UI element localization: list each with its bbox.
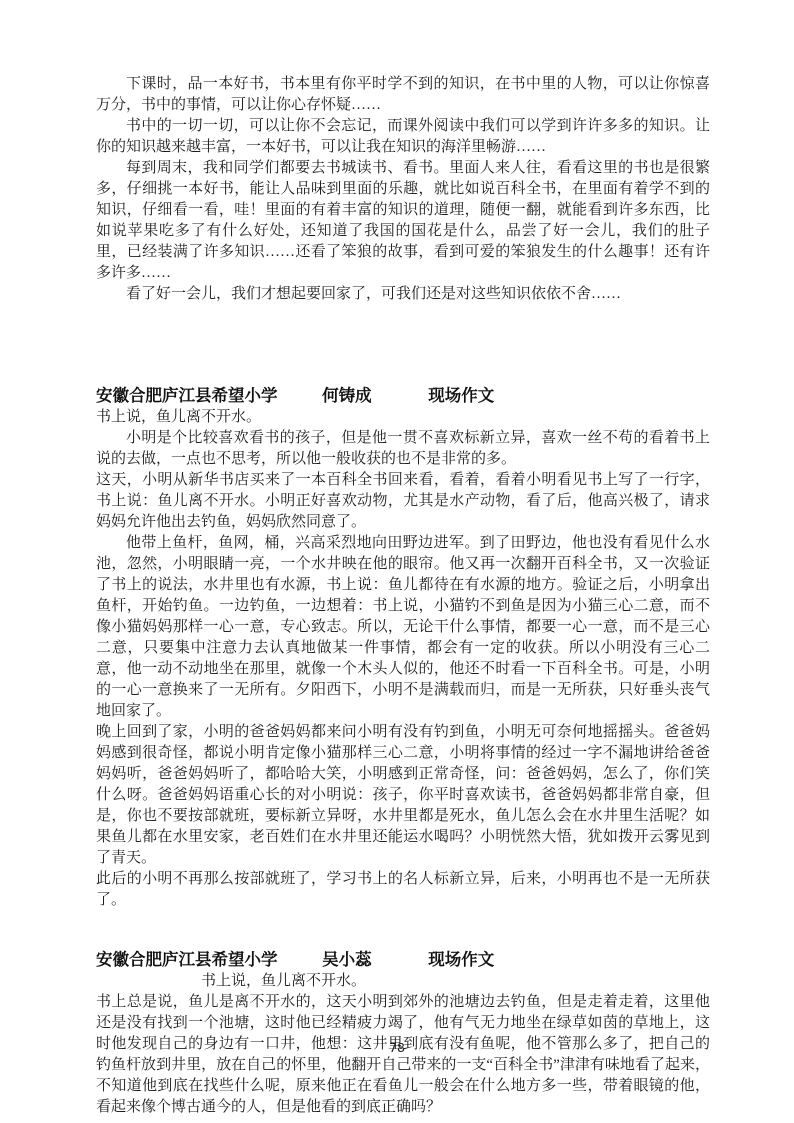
intro-section: 下课时，品一本好书，书本里有你平时学不到的知识，在书中里的人物，可以让你惊喜万分… [96,74,710,305]
page-footer: 78 [0,1040,794,1055]
essay-section-2: 安徽合肥庐江县希望小学 吴小蕊 现场作文 书上说，鱼儿离不开水。 书上总是说，鱼… [96,949,710,1118]
intro-paragraph: 书中的一切一切，可以让你不会忘记，而课外阅读中我们可以学到许许多多的知识。让你的… [96,116,710,158]
essay-paragraph: 此后的小明不再那么按部就班了，学习书上的名人标新立异，后来，小明再也不是一无所获… [96,869,710,911]
intro-paragraph: 看了好一会儿，我们才想起要回家了，可我们还是对这些知识依依不舍…… [96,284,710,305]
essay-paragraph: 书上说，鱼儿离不开水。 [96,971,710,992]
essay-paragraph: 书上说，鱼儿离不开水。 [96,407,710,428]
essay-paragraph: 他带上鱼杆，鱼网，桶，兴高采烈地向田野边进军。到了田野边，他也没有看见什么水池，… [96,533,710,722]
essay-paragraph: 晚上回到了家，小明的爸爸妈妈都来问小明有没有钓到鱼，小明无可奈何地摇摇头。爸爸妈… [96,722,710,869]
document-page: 下课时，品一本好书，书本里有你平时学不到的知识，在书中里的人物，可以让你惊喜万分… [0,0,794,1123]
essay-paragraph: 这天，小明从新华书店买来了一本百科全书回来看，看着，看着小明看见书上写了一行字，… [96,470,710,533]
essay-1-header: 安徽合肥庐江县希望小学 何铸成 现场作文 [96,385,710,407]
essay-paragraph: 书上总是说，鱼儿是离不开水的，这天小明到郊外的池塘边去钓鱼，但是走着走着，这里他… [96,992,710,1118]
essay-category: 现场作文 [428,387,494,405]
intro-paragraph: 每到周末，我和同学们都要去书城读书、看书。里面人来人往，看看这里的书也是很繁多，… [96,158,710,284]
essay-2-header: 安徽合肥庐江县希望小学 吴小蕊 现场作文 [96,949,710,971]
school-name: 安徽合肥庐江县希望小学 [96,951,278,969]
page-number: 78 [389,1040,405,1055]
essay-section-1: 安徽合肥庐江县希望小学 何铸成 现场作文 书上说，鱼儿离不开水。 小明是个比较喜… [96,385,710,911]
author-name: 何铸成 [322,387,372,405]
intro-paragraph: 下课时，品一本好书，书本里有你平时学不到的知识，在书中里的人物，可以让你惊喜万分… [96,74,710,116]
essay-paragraph: 小明是个比较喜欢看书的孩子，但是他一贯不喜欢标新立异，喜欢一丝不苟的看着书上说的… [96,428,710,470]
essay-category: 现场作文 [428,951,494,969]
author-name: 吴小蕊 [322,951,372,969]
school-name: 安徽合肥庐江县希望小学 [96,387,278,405]
